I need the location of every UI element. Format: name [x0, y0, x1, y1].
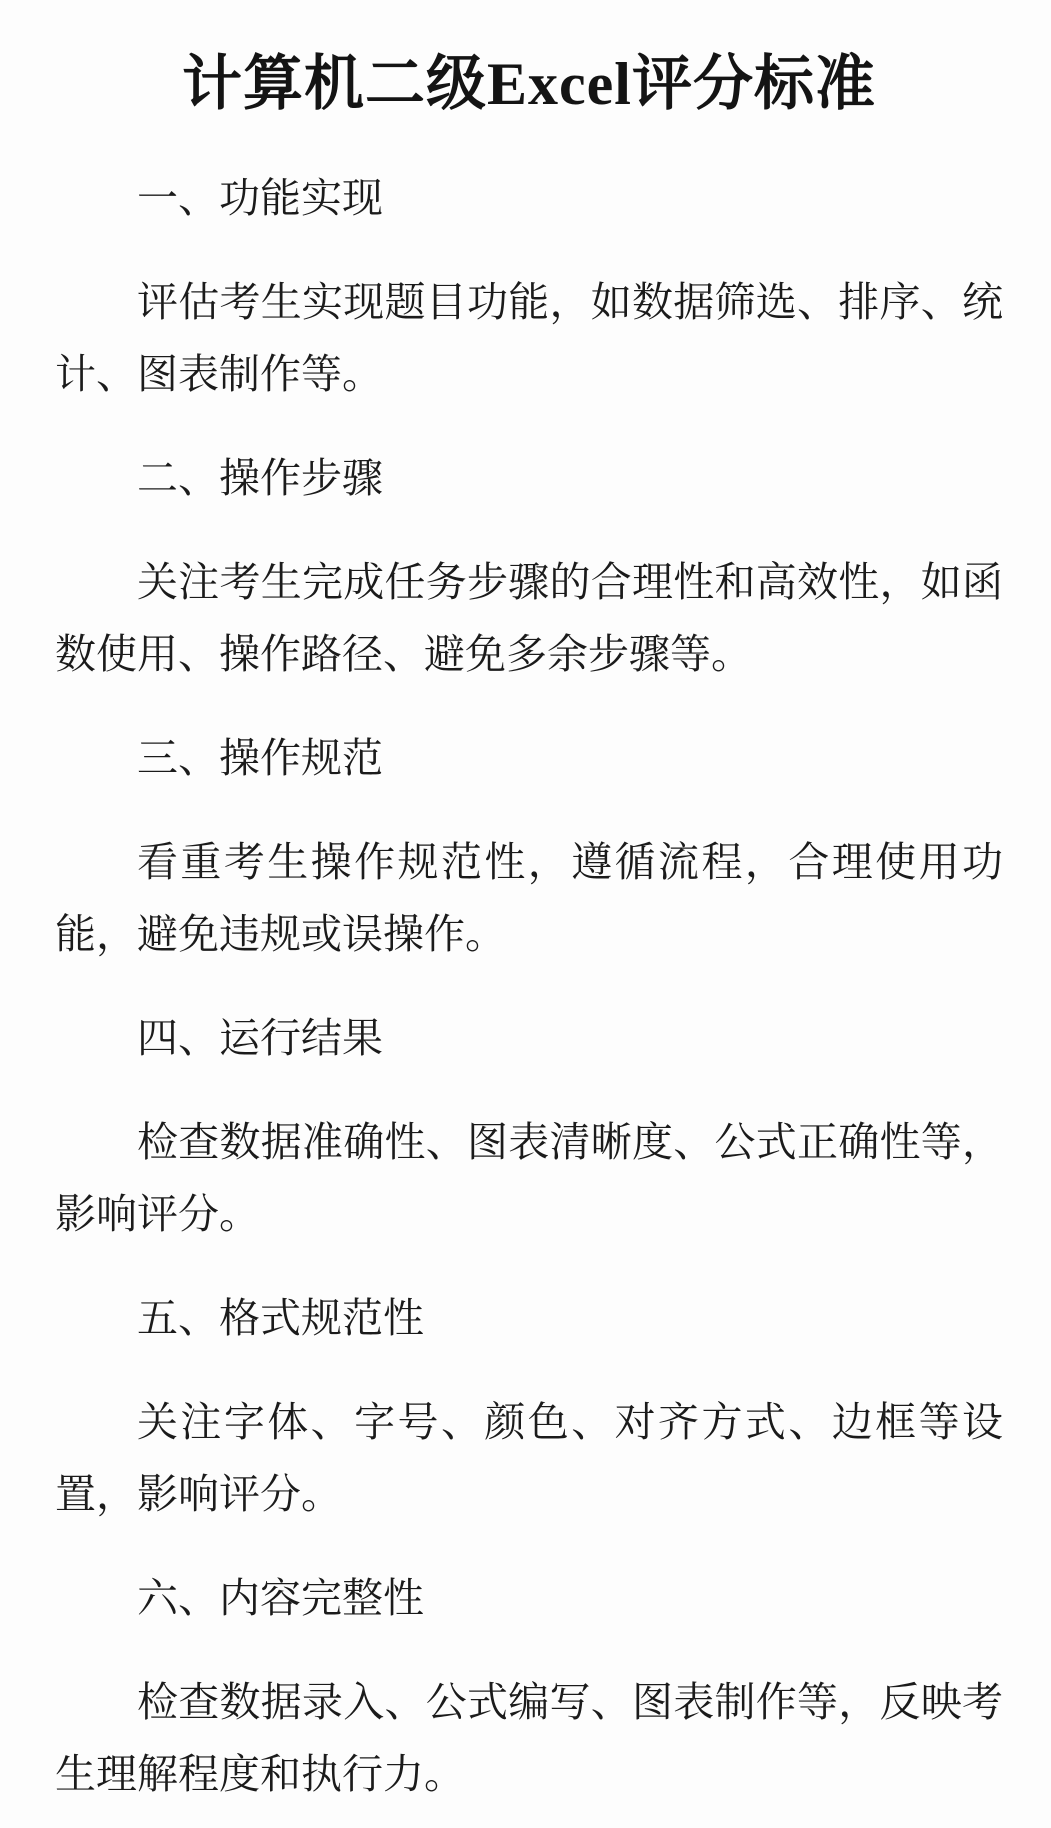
- section-2-heading: 二、操作步骤: [55, 442, 1003, 514]
- section-6-body: 检查数据录入、公式编写、图表制作等，反映考生理解程度和执行力。: [55, 1666, 1003, 1810]
- section-5-body: 关注字体、字号、颜色、对齐方式、边框等设置，影响评分。: [55, 1386, 1003, 1530]
- section-3-body: 看重考生操作规范性，遵循流程，合理使用功能，避免违规或误操作。: [55, 826, 1003, 970]
- page-title-cjk-suffix: 评分标准: [632, 50, 876, 117]
- document-page: 计算机二级Excel评分标准 一、功能实现 评估考生实现题目功能，如数据筛选、排…: [0, 0, 1051, 1828]
- section-1-body: 评估考生实现题目功能，如数据筛选、排序、统计、图表制作等。: [55, 266, 1003, 410]
- page-title-cjk-prefix: 计算机二级: [182, 50, 487, 117]
- section-4-body: 检查数据准确性、图表清晰度、公式正确性等，影响评分。: [55, 1106, 1003, 1250]
- section-3-heading: 三、操作规范: [55, 722, 1003, 794]
- page-title-latin: Excel: [487, 51, 632, 117]
- section-2-body: 关注考生完成任务步骤的合理性和高效性，如函数使用、操作路径、避免多余步骤等。: [55, 546, 1003, 690]
- section-5-heading: 五、格式规范性: [55, 1282, 1003, 1354]
- section-4-heading: 四、运行结果: [55, 1002, 1003, 1074]
- section-1-heading: 一、功能实现: [55, 162, 1003, 234]
- page-title: 计算机二级Excel评分标准: [55, 38, 1003, 130]
- section-6-heading: 六、内容完整性: [55, 1562, 1003, 1634]
